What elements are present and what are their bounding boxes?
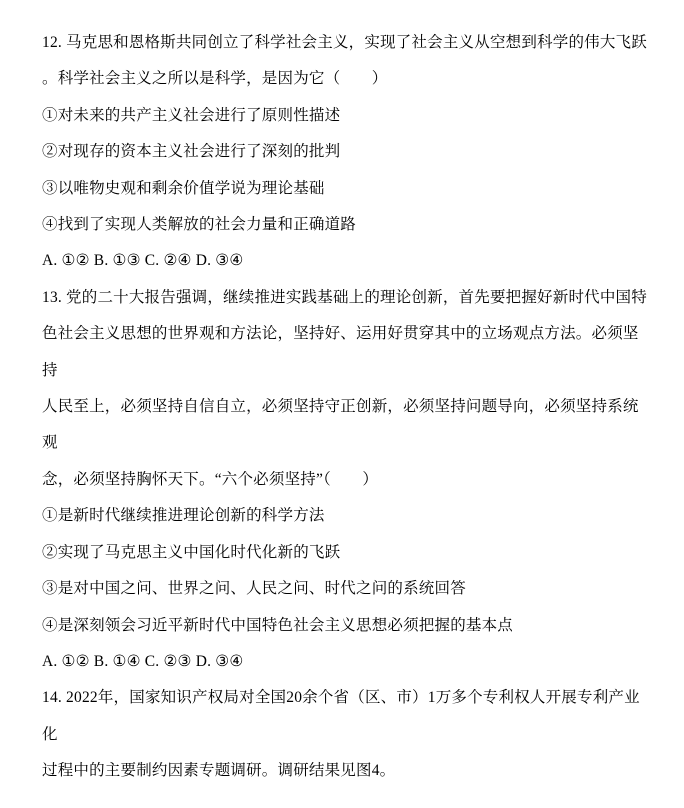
- q12-option-1: ①对未来的共产主义社会进行了原则性描述: [42, 98, 650, 134]
- exam-questions-content: 12. 马克思和恩格斯共同创立了科学社会主义，实现了社会主义从空想到科学的伟大飞…: [0, 0, 684, 790]
- q12-answer-choices: A. ①② B. ①③ C. ②④ D. ③④: [42, 243, 650, 279]
- question-14: 14. 2022年，国家知识产权局对全国20余个省（区、市）1万多个专利权人开展…: [42, 680, 650, 789]
- q13-option-3: ③是对中国之问、世界之问、人民之问、时代之问的系统回答: [42, 571, 650, 607]
- q14-stem-line-2: 过程中的主要制约因素专题调研。调研结果见图4。: [42, 753, 650, 789]
- q12-option-3: ③以唯物史观和剩余价值学说为理论基础: [42, 171, 650, 207]
- q13-stem-line-3: 人民至上，必须坚持自信自立，必须坚持守正创新，必须坚持问题导向，必须坚持系统观: [42, 389, 650, 462]
- q12-option-4: ④找到了实现人类解放的社会力量和正确道路: [42, 207, 650, 243]
- q12-option-2: ②对现存的资本主义社会进行了深刻的批判: [42, 134, 650, 170]
- q12-stem-line-2: 。科学社会主义之所以是科学，是因为它（ ）: [42, 61, 650, 97]
- q13-option-4: ④是深刻领会习近平新时代中国特色社会主义思想必须把握的基本点: [42, 608, 650, 644]
- q13-stem-line-4: 念，必须坚持胸怀天下。“六个必须坚持”（ ）: [42, 462, 650, 498]
- q13-answer-choices: A. ①② B. ①④ C. ②③ D. ③④: [42, 644, 650, 680]
- document-page: 12. 马克思和恩格斯共同创立了科学社会主义，实现了社会主义从空想到科学的伟大飞…: [0, 0, 684, 808]
- q12-stem-line-1: 12. 马克思和恩格斯共同创立了科学社会主义，实现了社会主义从空想到科学的伟大飞…: [42, 25, 650, 61]
- q13-stem-line-2: 色社会主义思想的世界观和方法论，坚持好、运用好贯穿其中的立场观点方法。必须坚持: [42, 316, 650, 389]
- q13-stem-line-1: 13. 党的二十大报告强调，继续推进实践基础上的理论创新，首先要把握好新时代中国…: [42, 280, 650, 316]
- question-13: 13. 党的二十大报告强调，继续推进实践基础上的理论创新，首先要把握好新时代中国…: [42, 280, 650, 680]
- q13-option-2: ②实现了马克思主义中国化时代化新的飞跃: [42, 535, 650, 571]
- q13-option-1: ①是新时代继续推进理论创新的科学方法: [42, 498, 650, 534]
- question-12: 12. 马克思和恩格斯共同创立了科学社会主义，实现了社会主义从空想到科学的伟大飞…: [42, 25, 650, 280]
- q14-stem-line-1: 14. 2022年，国家知识产权局对全国20余个省（区、市）1万多个专利权人开展…: [42, 680, 650, 753]
